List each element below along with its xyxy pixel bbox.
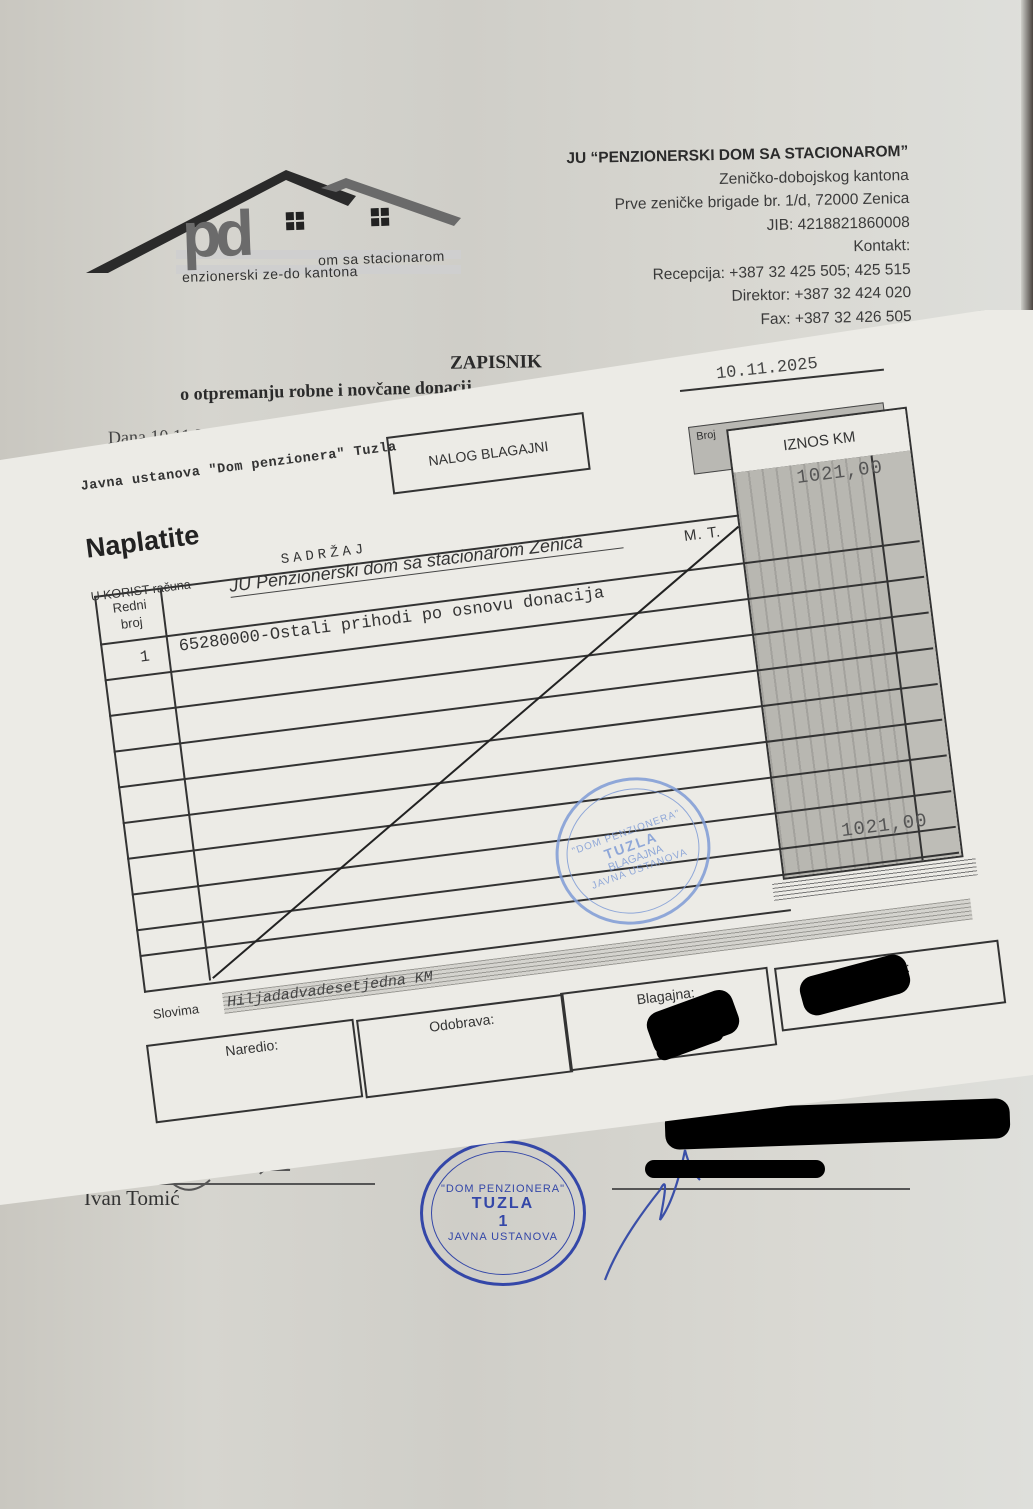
record-date-line: Dana 10.11.20... (108, 424, 227, 448)
record-title: ZAPISNIK (450, 351, 542, 375)
signatory-name: Ivan Tomić (84, 1186, 180, 1211)
organization-logo: pd om sa stacionarom enzionerski ze-do k… (86, 168, 466, 283)
redaction-bar (664, 1098, 1010, 1150)
letterhead-contact-block: JU “PENZIONERSKI DOM SA STACIONAROM” Zen… (520, 140, 912, 336)
signature-scribble-icon (170, 1158, 330, 1193)
logo-monogram: pd (181, 201, 249, 267)
window-icon (371, 208, 390, 227)
record-subtitle: o otpremanju robne i novčane donacij... (180, 376, 486, 405)
redaction-bar (645, 1160, 825, 1178)
official-stamp-tuzla: "DOM PENZIONERA" TUZLA 1 JAVNA USTANOVA (420, 1140, 586, 1286)
record-document: pd om sa stacionarom enzionerski ze-do k… (0, 0, 1033, 1509)
window-icon (286, 212, 305, 231)
